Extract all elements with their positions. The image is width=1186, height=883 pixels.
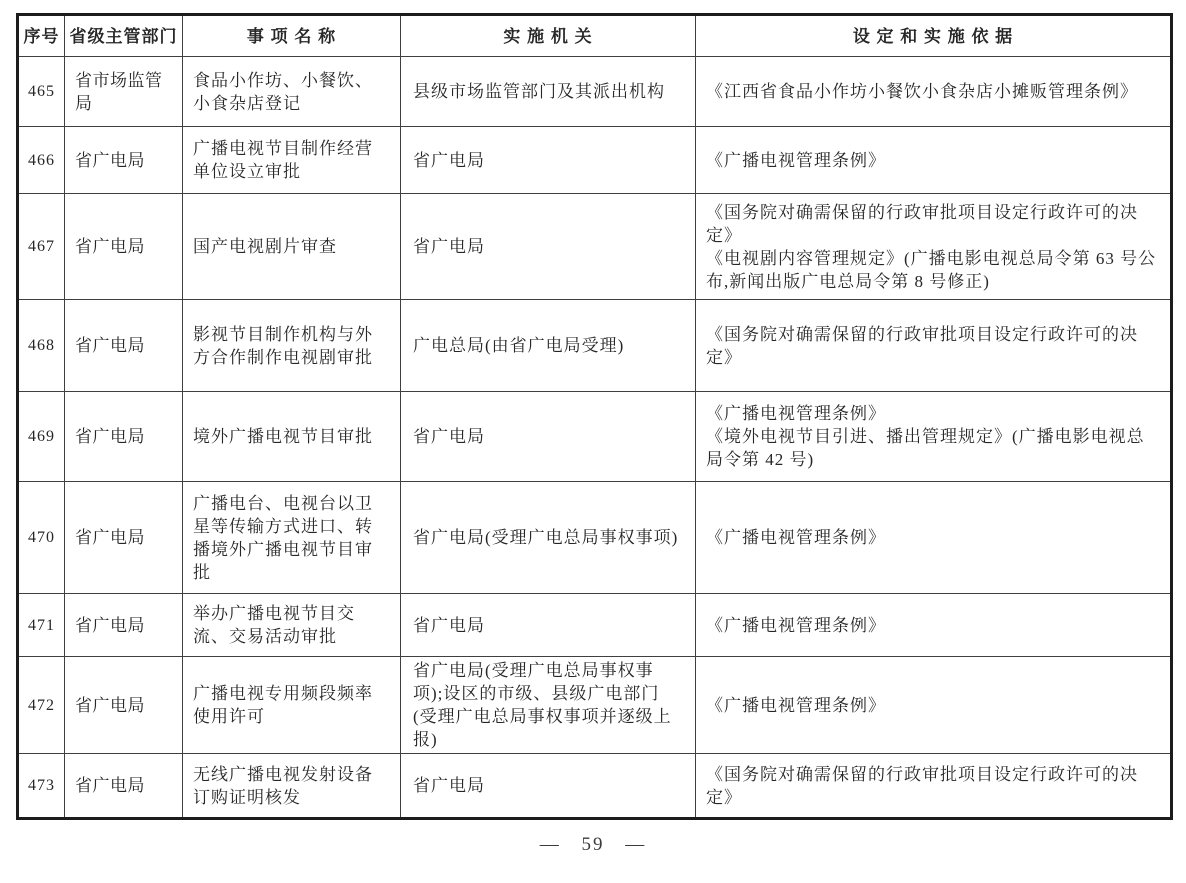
cell-department: 省广电局 <box>65 127 183 194</box>
cell-implementing-agency: 省广电局 <box>401 392 696 482</box>
table-row: 470 省广电局 广播电台、电视台以卫星等传输方式进口、转播境外广播电视节目审批… <box>18 482 1172 594</box>
cell-legal-basis: 《广播电视管理条例》 <box>696 594 1172 657</box>
col-header-department: 省级主管部门 <box>65 15 183 57</box>
table-row: 467 省广电局 国产电视剧片审查 省广电局 《国务院对确需保留的行政审批项目设… <box>18 194 1172 300</box>
approval-items-table: 序号 省级主管部门 事 项 名 称 实 施 机 关 设 定 和 实 施 依 据 … <box>16 13 1173 820</box>
table-row: 466 省广电局 广播电视节目制作经营单位设立审批 省广电局 《广播电视管理条例… <box>18 127 1172 194</box>
cell-implementing-agency: 省广电局(受理广电总局事权事项) <box>401 482 696 594</box>
col-header-serial-number: 序号 <box>18 15 65 57</box>
cell-item-name: 境外广播电视节目审批 <box>183 392 401 482</box>
cell-department: 省广电局 <box>65 754 183 819</box>
cell-serial-number: 473 <box>18 754 65 819</box>
cell-legal-basis: 《国务院对确需保留的行政审批项目设定行政许可的决定》 <box>696 300 1172 392</box>
cell-department: 省广电局 <box>65 594 183 657</box>
cell-serial-number: 466 <box>18 127 65 194</box>
cell-serial-number: 468 <box>18 300 65 392</box>
cell-implementing-agency: 省广电局(受理广电总局事权事项);设区的市级、县级广电部门(受理广电总局事权事项… <box>401 657 696 754</box>
cell-serial-number: 469 <box>18 392 65 482</box>
cell-department: 省市场监管局 <box>65 57 183 127</box>
table-header-row: 序号 省级主管部门 事 项 名 称 实 施 机 关 设 定 和 实 施 依 据 <box>18 15 1172 57</box>
cell-department: 省广电局 <box>65 392 183 482</box>
cell-department: 省广电局 <box>65 300 183 392</box>
cell-implementing-agency: 省广电局 <box>401 754 696 819</box>
cell-legal-basis: 《国务院对确需保留的行政审批项目设定行政许可的决定》 《电视剧内容管理规定》(广… <box>696 194 1172 300</box>
cell-implementing-agency: 广电总局(由省广电局受理) <box>401 300 696 392</box>
cell-legal-basis: 《广播电视管理条例》 <box>696 482 1172 594</box>
cell-implementing-agency: 省广电局 <box>401 127 696 194</box>
page-number: — 59 — <box>0 834 1186 856</box>
col-header-implementing-agency: 实 施 机 关 <box>401 15 696 57</box>
cell-item-name: 广播电视节目制作经营单位设立审批 <box>183 127 401 194</box>
cell-serial-number: 465 <box>18 57 65 127</box>
table-row: 473 省广电局 无线广播电视发射设备订购证明核发 省广电局 《国务院对确需保留… <box>18 754 1172 819</box>
cell-legal-basis: 《广播电视管理条例》 《境外电视节目引进、播出管理规定》(广播电影电视总局令第 … <box>696 392 1172 482</box>
cell-legal-basis: 《广播电视管理条例》 <box>696 657 1172 754</box>
cell-implementing-agency: 省广电局 <box>401 594 696 657</box>
table-row: 471 省广电局 举办广播电视节目交流、交易活动审批 省广电局 《广播电视管理条… <box>18 594 1172 657</box>
cell-item-name: 国产电视剧片审查 <box>183 194 401 300</box>
document-page: 序号 省级主管部门 事 项 名 称 实 施 机 关 设 定 和 实 施 依 据 … <box>0 0 1186 883</box>
cell-legal-basis: 《国务院对确需保留的行政审批项目设定行政许可的决定》 <box>696 754 1172 819</box>
cell-serial-number: 472 <box>18 657 65 754</box>
cell-implementing-agency: 县级市场监管部门及其派出机构 <box>401 57 696 127</box>
cell-item-name: 举办广播电视节目交流、交易活动审批 <box>183 594 401 657</box>
table-row: 468 省广电局 影视节目制作机构与外方合作制作电视剧审批 广电总局(由省广电局… <box>18 300 1172 392</box>
cell-serial-number: 467 <box>18 194 65 300</box>
cell-item-name: 广播电视专用频段频率使用许可 <box>183 657 401 754</box>
col-header-legal-basis: 设 定 和 实 施 依 据 <box>696 15 1172 57</box>
col-header-item-name: 事 项 名 称 <box>183 15 401 57</box>
cell-department: 省广电局 <box>65 657 183 754</box>
cell-legal-basis: 《广播电视管理条例》 <box>696 127 1172 194</box>
cell-item-name: 影视节目制作机构与外方合作制作电视剧审批 <box>183 300 401 392</box>
cell-item-name: 无线广播电视发射设备订购证明核发 <box>183 754 401 819</box>
cell-item-name: 食品小作坊、小餐饮、小食杂店登记 <box>183 57 401 127</box>
cell-legal-basis: 《江西省食品小作坊小餐饮小食杂店小摊贩管理条例》 <box>696 57 1172 127</box>
cell-department: 省广电局 <box>65 482 183 594</box>
table-row: 472 省广电局 广播电视专用频段频率使用许可 省广电局(受理广电总局事权事项)… <box>18 657 1172 754</box>
cell-implementing-agency: 省广电局 <box>401 194 696 300</box>
table-row: 469 省广电局 境外广播电视节目审批 省广电局 《广播电视管理条例》 《境外电… <box>18 392 1172 482</box>
cell-serial-number: 471 <box>18 594 65 657</box>
cell-serial-number: 470 <box>18 482 65 594</box>
table-row: 465 省市场监管局 食品小作坊、小餐饮、小食杂店登记 县级市场监管部门及其派出… <box>18 57 1172 127</box>
cell-department: 省广电局 <box>65 194 183 300</box>
cell-item-name: 广播电台、电视台以卫星等传输方式进口、转播境外广播电视节目审批 <box>183 482 401 594</box>
